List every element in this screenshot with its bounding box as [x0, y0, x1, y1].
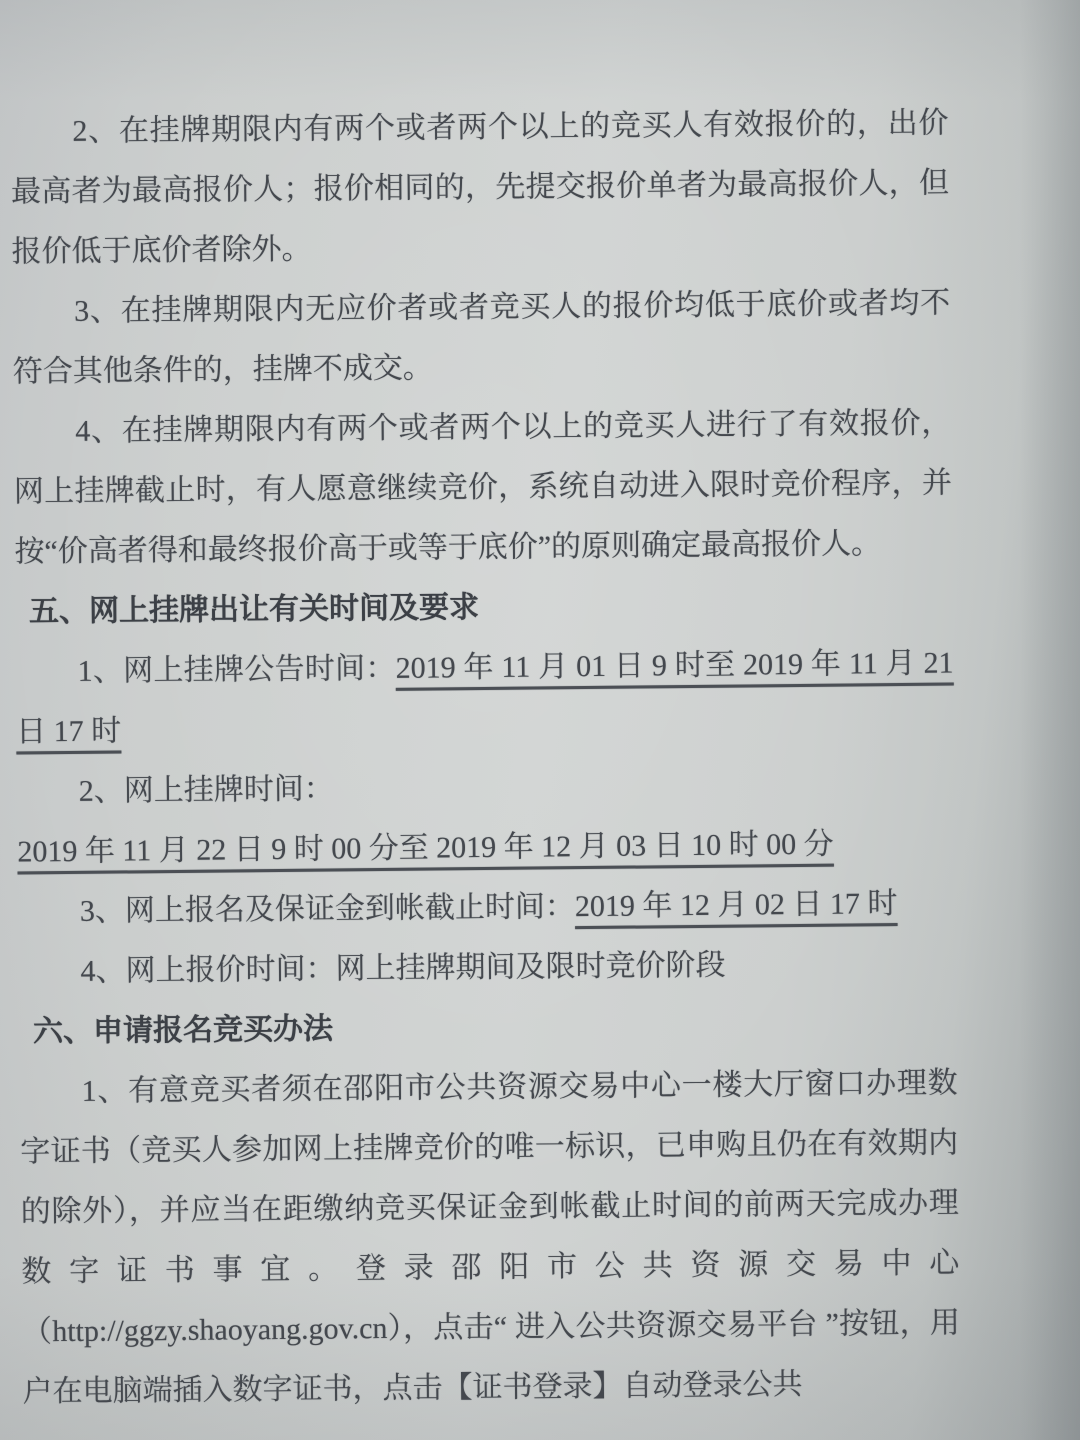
registration-deadline-label: 3、网上报名及保证金到帐截止时间： [80, 890, 575, 928]
quote-time-value: 网上挂牌期间及限时竞价阶段 [335, 949, 725, 986]
listing-time-value: 2019 年 11 月 22 日 9 时 00 分至 2019 年 12 月 0… [17, 828, 834, 869]
rule-2-paragraph: 2、在挂牌期限内有两个或者两个以上的竞买人有效报价的，出价最高者为最高报价人；报… [10, 94, 950, 283]
registration-deadline-value: 2019 年 12 月 02 日 17 时 [575, 887, 898, 923]
document-text-block: 2、在挂牌期限内有两个或者两个以上的竞买人有效报价的，出价最高者为最高报价人；报… [9, 0, 961, 1422]
registration-deadline-item: 3、网上报名及保证金到帐截止时间：2019 年 12 月 02 日 17 时 [18, 873, 957, 942]
quote-time-label: 4、网上报价时间： [80, 952, 335, 987]
listing-time-item: 2019 年 11 月 22 日 9 时 00 分至 2019 年 12 月 0… [17, 813, 956, 882]
section-6-heading: 六、申请报名竞买办法 [19, 993, 958, 1062]
section-5-heading: 五、网上挂牌出让有关时间及要求 [15, 574, 954, 643]
application-method-paragraph: 1、有意竞买者须在邵阳市公共资源交易中心一楼大厅窗口办理数字证书（竞买人参加网上… [19, 1053, 960, 1422]
quote-time-item: 4、网上报价时间：网上挂牌期间及限时竞价阶段 [18, 933, 957, 1002]
listing-time-label: 2、网上挂牌时间： [16, 753, 955, 822]
rule-4-paragraph: 4、在挂牌期限内有两个或者两个以上的竞买人进行了有效报价，网上挂牌截止时，有人愿… [13, 394, 953, 583]
announcement-time-label: 1、网上挂牌公告时间： [77, 652, 395, 688]
photo-background: { "page": { "paper_color": "#cdd0cf", "e… [0, 0, 1080, 1440]
page-edge-shadow [1020, 0, 1080, 1440]
announcement-time-item: 1、网上挂牌公告时间：2019 年 11 月 01 日 9 时至 2019 年 … [15, 634, 954, 763]
rule-3-paragraph: 3、在挂牌期限内无应价者或者竞买人的报价均低于底价或者均不符合其他条件的，挂牌不… [12, 274, 951, 403]
